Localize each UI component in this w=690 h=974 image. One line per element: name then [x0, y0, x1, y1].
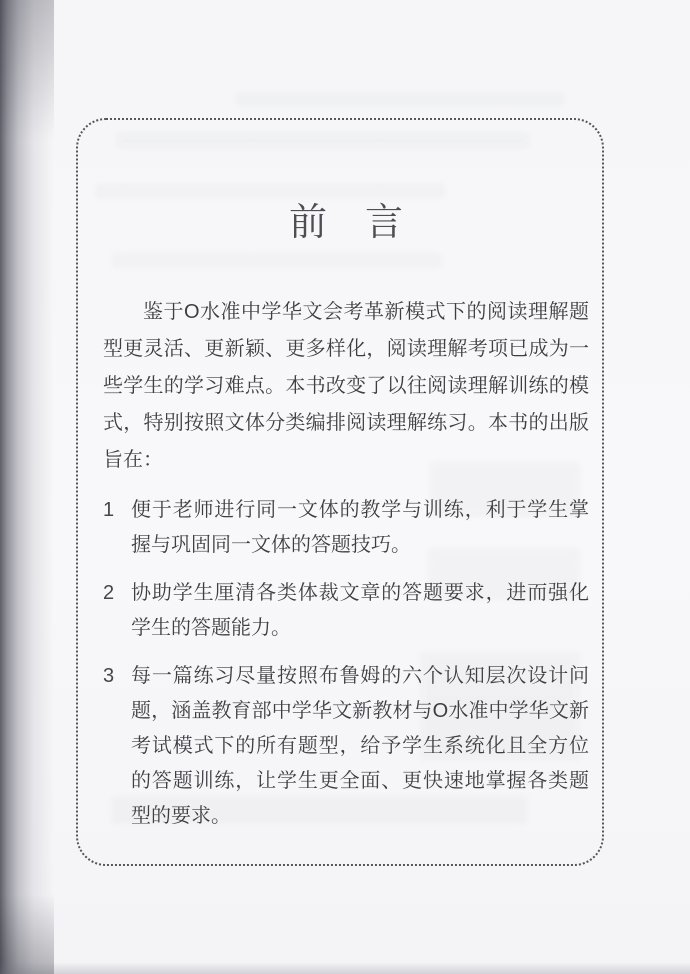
book-spine-shadow	[0, 0, 54, 974]
list-item: 3 每一篇练习尽量按照布鲁姆的六个认知层次设计问题，涵盖教育部中学华文新教材与O…	[103, 659, 589, 834]
purpose-list: 1 便于老师进行同一文体的教学与训练，利于学生掌握与巩固同一文体的答题技巧。 2…	[103, 493, 589, 834]
bleed-through-ghost	[235, 92, 565, 107]
item-number: 1	[103, 493, 131, 563]
item-number: 3	[103, 659, 131, 834]
item-text: 每一篇练习尽量按照布鲁姆的六个认知层次设计问题，涵盖教育部中学华文新教材与O水准…	[131, 659, 589, 834]
item-text: 便于老师进行同一文体的教学与训练，利于学生掌握与巩固同一文体的答题技巧。	[131, 493, 589, 563]
list-item: 2 协助学生厘清各类体裁文章的答题要求，进而强化学生的答题能力。	[103, 576, 589, 646]
preface-dotted-frame: 前 言 鉴于O水准中学华文会考革新模式下的阅读理解题型更灵活、更新颖、更多样化，…	[76, 118, 604, 866]
intro-paragraph: 鉴于O水准中学华文会考革新模式下的阅读理解题型更灵活、更新颖、更多样化，阅读理解…	[103, 294, 589, 479]
page-title: 前 言	[103, 200, 589, 246]
item-text: 协助学生厘清各类体裁文章的答题要求，进而强化学生的答题能力。	[131, 576, 589, 646]
page-bottom-edge	[0, 962, 690, 974]
scanned-book-page: 前 言 鉴于O水准中学华文会考革新模式下的阅读理解题型更灵活、更新颖、更多样化，…	[0, 0, 690, 974]
preface-content: 前 言 鉴于O水准中学华文会考革新模式下的阅读理解题型更灵活、更新颖、更多样化，…	[78, 120, 602, 864]
item-number: 2	[103, 576, 131, 646]
list-item: 1 便于老师进行同一文体的教学与训练，利于学生掌握与巩固同一文体的答题技巧。	[103, 493, 589, 563]
